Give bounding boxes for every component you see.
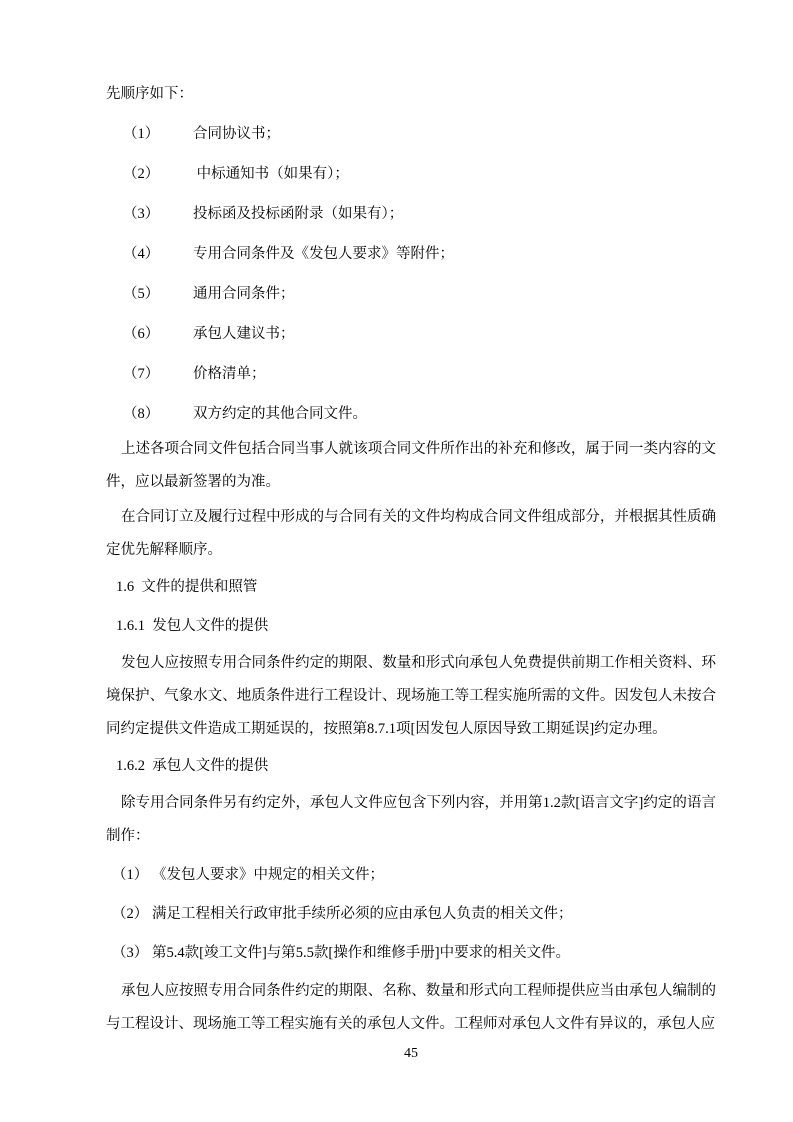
intro-paragraph: 先顺序如下： <box>106 78 716 111</box>
paragraph-supplement-priority: 上述各项合同文件包括合同当事人就该项合同文件所作出的补充和修改，属于同一类内容的… <box>106 433 716 499</box>
list-item-text: 价格清单； <box>193 366 266 382</box>
heading-1-6-1-employer-documents: 1.6.1 发包人文件的提供 <box>106 610 716 643</box>
list-item: （2） 中标通知书（如果有）； <box>123 158 716 191</box>
list-item-text: 《发包人要求》中规定的相关文件； <box>152 867 384 883</box>
list-item: （5）通用合同条件； <box>123 278 716 311</box>
list-item-number: （4） <box>123 238 193 271</box>
list-item: （2）满足工程相关行政审批手续所必须的应由承包人负责的相关文件； <box>112 898 716 931</box>
paragraph-contractor-documents-provide: 承包人应按照专用合同条件约定的期限、名称、数量和形式向工程师提供应当由承包人编制… <box>106 975 716 1041</box>
list-item: （3）第5.4款[竣工文件]与第5.5款[操作和维修手册]中要求的相关文件。 <box>112 937 716 970</box>
list-item-number: （8） <box>123 398 193 431</box>
list-item-number: （3） <box>123 198 193 231</box>
heading-1-6-2-contractor-documents: 1.6.2 承包人文件的提供 <box>106 750 716 783</box>
list-item: （8）双方约定的其他合同文件。 <box>123 398 716 431</box>
list-item: （6）承包人建议书； <box>123 318 716 351</box>
list-item-number: （2） <box>123 158 193 191</box>
list-item-number: （1） <box>123 118 193 151</box>
page-number: 45 <box>0 1037 793 1070</box>
list-item: （3）投标函及投标函附录（如果有）； <box>123 198 716 231</box>
list-item: （1）合同协议书； <box>123 118 716 151</box>
list-item-number: （6） <box>123 318 193 351</box>
contractor-file-list: （1）《发包人要求》中规定的相关文件； （2）满足工程相关行政审批手续所必须的应… <box>106 859 716 970</box>
list-item-number: （1） <box>112 859 152 892</box>
list-item-number: （3） <box>112 937 152 970</box>
list-item-number: （2） <box>112 898 152 931</box>
list-item-text: 中标通知书（如果有）； <box>193 166 349 182</box>
list-item-number: （5） <box>123 278 193 311</box>
list-item-text: 第5.4款[竣工文件]与第5.5款[操作和维修手册]中要求的相关文件。 <box>152 945 570 961</box>
list-item-text: 专用合同条件及《发包人要求》等附件； <box>193 246 454 262</box>
list-item-text: 合同协议书； <box>193 126 280 142</box>
document-body: 先顺序如下： （1）合同协议书； （2） 中标通知书（如果有）； （3）投标函及… <box>0 0 793 1041</box>
list-item: （4）专用合同条件及《发包人要求》等附件； <box>123 238 716 271</box>
contract-priority-list: （1）合同协议书； （2） 中标通知书（如果有）； （3）投标函及投标函附录（如… <box>106 118 716 431</box>
list-item-text: 满足工程相关行政审批手续所必须的应由承包人负责的相关文件； <box>152 906 573 922</box>
heading-1-6-documents-provision-and-care: 1.6 文件的提供和照管 <box>106 571 716 604</box>
paragraph-document-formation: 在合同订立及履行过程中形成的与合同有关的文件均构成合同文件组成部分，并根据其性质… <box>106 501 716 567</box>
list-item-text: 双方约定的其他合同文件。 <box>193 406 367 422</box>
list-item-text: 通用合同条件； <box>193 286 295 302</box>
list-item-text: 承包人建议书； <box>193 326 295 342</box>
list-item: （1）《发包人要求》中规定的相关文件； <box>112 859 716 892</box>
list-item-text: 投标函及投标函附录（如果有）； <box>193 206 403 222</box>
paragraph-employer-documents: 发包人应按照专用合同条件约定的期限、数量和形式向承包人免费提供前期工作相关资料、… <box>106 647 716 746</box>
paragraph-contractor-documents-intro: 除专用合同条件另有约定外，承包人文件应包含下列内容，并用第1.2款[语言文字]约… <box>106 787 716 853</box>
list-item-number: （7） <box>123 358 193 391</box>
list-item: （7）价格清单； <box>123 358 716 391</box>
